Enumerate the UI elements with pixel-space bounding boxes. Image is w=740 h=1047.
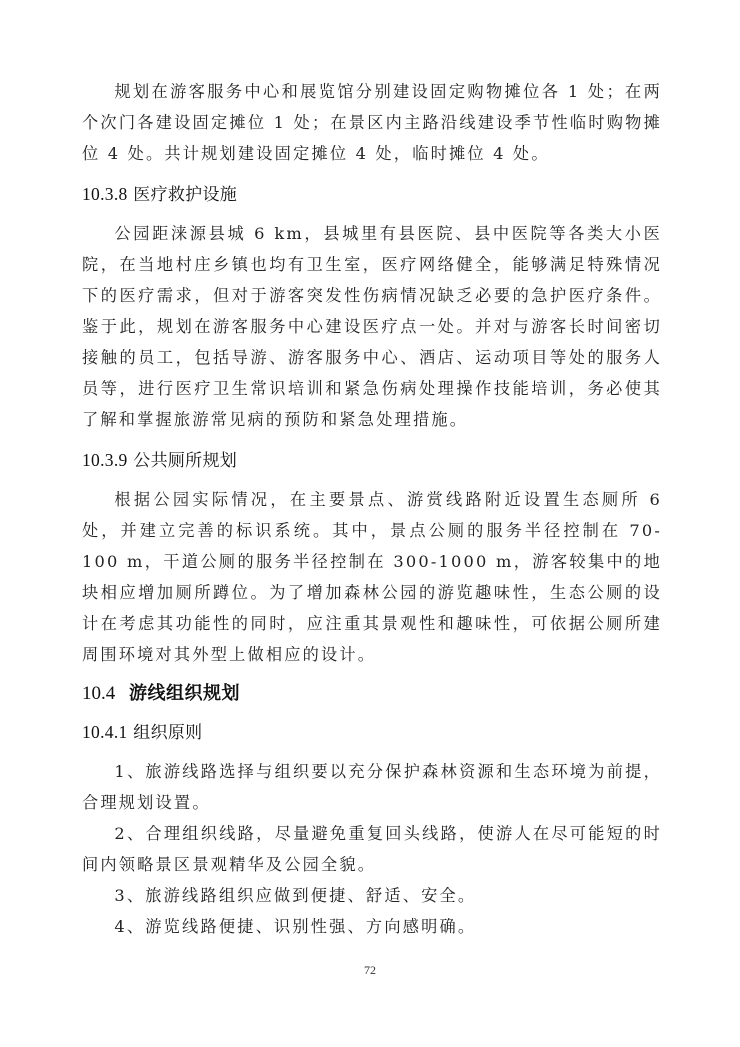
section-number: 10.4: [82, 683, 115, 704]
section-title: 医疗救护设施: [133, 185, 237, 205]
principle-item-4: 4、游览线路便捷、识别性强、方向感明确。: [82, 911, 662, 942]
heading-principles: 10.4.1 组织原则: [82, 720, 662, 745]
heading-route-planning: 10.4 游线组织规划: [82, 681, 662, 707]
page-number: 72: [0, 963, 740, 978]
heading-public-toilets: 10.3.9 公共厕所规划: [82, 448, 662, 473]
section-number: 10.4.1: [82, 722, 128, 742]
principle-item-2: 2、合理组织线路，尽量避免重复回头线路，使游人在尽可能短的时间内领略景区景观精华…: [82, 818, 662, 880]
section-number: 10.3.9: [82, 450, 128, 470]
section-title: 公共厕所规划: [133, 451, 237, 471]
principle-item-3: 3、旅游线路组织应做到便捷、舒适、安全。: [82, 880, 662, 911]
principle-item-1: 1、旅游线路选择与组织要以充分保护森林资源和生态环境为前提，合理规划设置。: [82, 756, 662, 818]
document-page: 规划在游客服务中心和展览馆分别建设固定购物摊位各 1 处；在两个次门各建设固定摊…: [82, 76, 662, 942]
paragraph-medical: 公园距涞源县城 6 km，县城里有县医院、县中医院等各类大小医院，在当地村庄乡镇…: [82, 218, 662, 435]
paragraph-shopping-stalls: 规划在游客服务中心和展览馆分别建设固定购物摊位各 1 处；在两个次门各建设固定摊…: [82, 76, 662, 169]
heading-medical-facilities: 10.3.8 医疗救护设施: [82, 182, 662, 207]
paragraph-toilets: 根据公园实际情况，在主要景点、游赏线路附近设置生态厕所 6 处，并建立完善的标识…: [82, 484, 662, 670]
section-number: 10.3.8: [82, 184, 128, 204]
section-title: 组织原则: [133, 723, 202, 743]
section-title: 游线组织规划: [129, 683, 240, 704]
